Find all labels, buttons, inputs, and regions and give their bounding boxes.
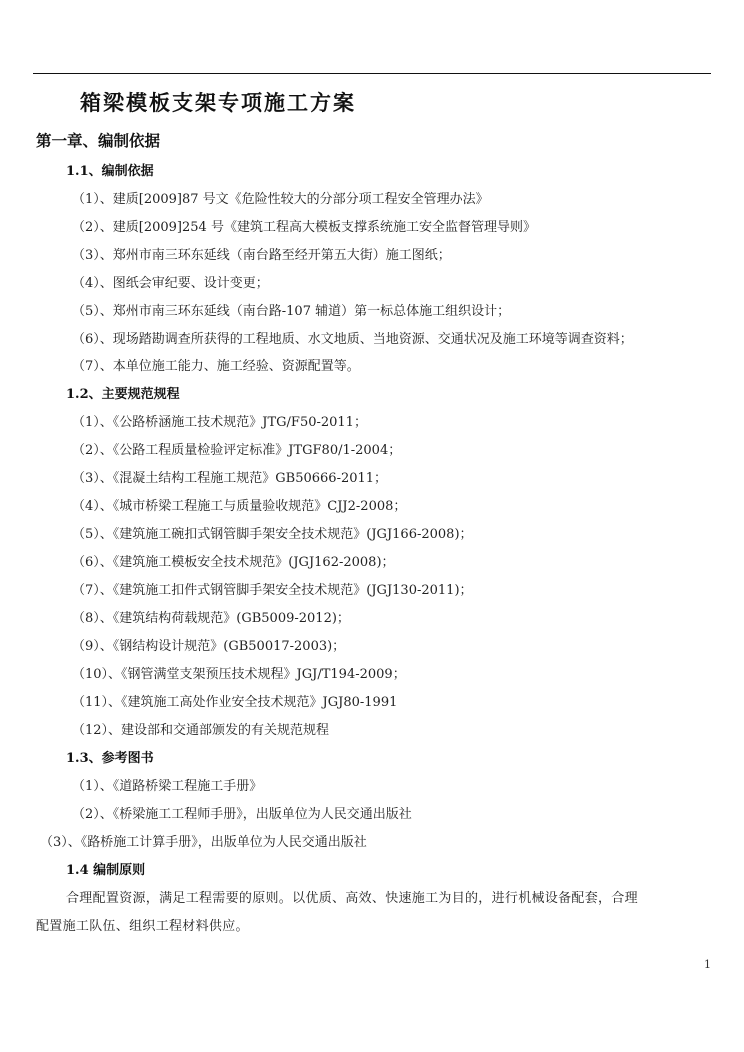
list-item: （7）、本单位施工能力、施工经验、资源配置等。 — [72, 360, 360, 373]
list-item: （1）、建质[2009]87 号文《危险性较大的分部分项工程安全管理办法》 — [72, 193, 489, 206]
list-item: （2）、《公路工程质量检验评定标准》JTGF80/1-2004； — [72, 444, 401, 457]
page-number: 1 — [704, 959, 711, 970]
list-item: （5）、《建筑施工碗扣式钢管脚手架安全技术规范》(JGJ166-2008)； — [72, 528, 473, 541]
section-heading-1-3: 1.3、参考图书 — [66, 752, 154, 765]
list-item: （2）、《桥梁施工工程师手册》，出版单位为人民交通出版社 — [72, 808, 412, 821]
document-page: 箱梁模板支架专项施工方案 第一章、编制依据 1.1、编制依据 （1）、建质[20… — [0, 0, 744, 1052]
list-item: （11）、《建筑施工高处作业安全技术规范》JGJ80-1991 — [72, 696, 397, 709]
list-item: （7）、《建筑施工扣件式钢管脚手架安全技术规范》(JGJ130-2011)； — [72, 584, 473, 597]
list-item: （2）、建质[2009]254 号《建筑工程高大模板支撑系统施工安全监督管理导则… — [72, 221, 536, 234]
list-item: （6）、《建筑施工模板安全技术规范》(JGJ162-2008)； — [72, 556, 395, 569]
list-item: （1）、《道路桥梁工程施工手册》 — [72, 780, 262, 793]
header-rule — [33, 73, 711, 74]
list-item: （1）、《公路桥涵施工技术规范》JTG/F50-2011； — [72, 416, 367, 429]
list-item: （10）、《钢管满堂支架预压技术规程》JGJ/T194-2009； — [72, 668, 406, 681]
document-title: 箱梁模板支架专项施工方案 — [80, 92, 356, 113]
section-heading-1-1: 1.1、编制依据 — [66, 165, 154, 178]
chapter-heading: 第一章、编制依据 — [36, 133, 160, 149]
list-item: （9）、《钢结构设计规范》(GB50017-2003)； — [72, 640, 345, 653]
list-item: （5）、郑州市南三环东延线（南台路-107 辅道）第一标总体施工组织设计； — [72, 305, 510, 318]
paragraph-line: 配置施工队伍、组织工程材料供应。 — [36, 920, 249, 933]
list-item: （6）、现场踏勘调查所获得的工程地质、水文地质、当地资源、交通状况及施工环境等调… — [72, 333, 633, 346]
section-heading-1-2: 1.2、主要规范规程 — [66, 388, 180, 401]
list-item: （3）、《混凝土结构工程施工规范》GB50666-2011； — [72, 472, 387, 485]
list-item: （3）、郑州市南三环东延线（南台路至经开第五大街）施工图纸； — [72, 249, 451, 262]
list-item: （3）、《路桥施工计算手册》，出版单位为人民交通出版社 — [40, 836, 367, 849]
paragraph-line: 合理配置资源，满足工程需要的原则。以优质、高效、快速施工为目的，进行机械设备配套… — [66, 892, 638, 905]
list-item: （4）、图纸会审纪要、设计变更； — [72, 277, 269, 290]
list-item: （8）、《建筑结构荷载规范》(GB5009-2012)； — [72, 612, 350, 625]
section-heading-1-4: 1.4 编制原则 — [66, 864, 145, 877]
list-item: （12）、建设部和交通部颁发的有关规范规程 — [72, 724, 329, 737]
list-item: （4）、《城市桥梁工程施工与质量验收规范》CJJ2-2008； — [72, 500, 406, 513]
